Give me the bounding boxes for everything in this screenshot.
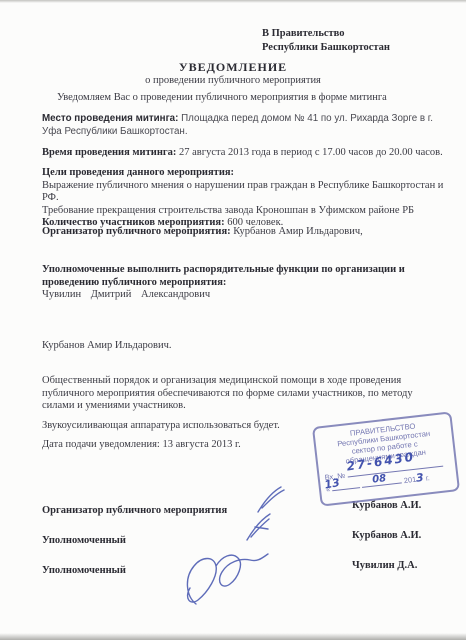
document-title: УВЕДОМЛЕНИЕ (0, 61, 466, 74)
signature-name: Курбанов А.И. (352, 530, 421, 541)
authorized-label: Уполномоченные выполнить распорядительны… (42, 264, 454, 289)
time-paragraph: Время проведения митинга: 27 августа 201… (42, 147, 452, 160)
organizer-label: Организатор публичного мероприятия: (42, 226, 231, 237)
authorized-paragraph: Уполномоченные выполнить распорядительны… (42, 264, 454, 302)
submission-date-value: 13 августа 2013 г. (162, 439, 240, 450)
signature-role: Организатор публичного мероприятия (42, 505, 227, 516)
signature-row-authorized-2: Уполномоченный Чувилин Д.А. (42, 560, 442, 590)
time-value: 27 августа 2013 года в период с 17.00 ча… (179, 147, 443, 158)
goals-line-2: Требование прекращения строительства зав… (42, 205, 454, 218)
organizer-value: Курбанов Амир Ильдарович, (233, 226, 363, 237)
organizer-paragraph: Организатор публичного мероприятия: Курб… (42, 226, 454, 239)
stamp-date-suffix: г. (425, 473, 430, 482)
submission-date-label: Дата подачи уведомления: (42, 439, 160, 450)
scan-edge-top (0, 0, 466, 3)
goals-paragraph: Цели проведения данного мероприятия: Выр… (42, 167, 454, 230)
title-block: УВЕДОМЛЕНИЕ о проведении публичного меро… (0, 61, 466, 87)
scanned-document-page: В Правительство Республики Башкортостан … (0, 0, 466, 640)
signature-block: Организатор публичного мероприятия Курба… (42, 500, 442, 590)
document-subtitle: о проведении публичного мероприятия (0, 74, 466, 87)
scan-edge-bottom (0, 633, 466, 640)
public-order-paragraph: Общественный порядок и организация медиц… (42, 375, 446, 413)
goals-label: Цели проведения данного мероприятия: (42, 167, 454, 180)
time-label: Время проведения митинга: (42, 147, 176, 158)
stamp-date-year-handwritten: 3 (415, 471, 424, 485)
organizer-name-repeat: Курбанов Амир Ильдарович. (42, 340, 454, 353)
authorized-name: Чувилин Дмитрий Александрович (42, 289, 454, 302)
place-paragraph: Место проведения митинга: Площадка перед… (42, 112, 434, 138)
stamp-date-day-handwritten: 13 (324, 478, 341, 490)
signature-role: Уполномоченный (42, 565, 126, 576)
signature-name: Чувилин Д.А. (352, 560, 417, 571)
recipient-line-1: В Правительство (262, 27, 390, 41)
signature-row-organizer: Организатор публичного мероприятия Курба… (42, 500, 442, 530)
place-label: Место проведения митинга: (42, 113, 178, 124)
goals-line-1: Выражение публичного мнения о нарушении … (42, 180, 454, 205)
signature-role: Уполномоченный (42, 535, 126, 546)
registration-stamp: ПРАВИТЕЛЬСТВО Республики Башкортостан се… (312, 411, 460, 506)
intro-paragraph: Уведомляем Вас о проведении публичного м… (57, 92, 387, 105)
stamp-date-year-printed: 201 (403, 475, 416, 485)
recipient-block: В Правительство Республики Башкортостан (262, 27, 390, 55)
stamp-date-month-handwritten: 08 (372, 474, 387, 485)
signature-row-authorized-1: Уполномоченный Курбанов А.И. (42, 530, 442, 560)
recipient-line-2: Республики Башкортостан (262, 41, 390, 55)
